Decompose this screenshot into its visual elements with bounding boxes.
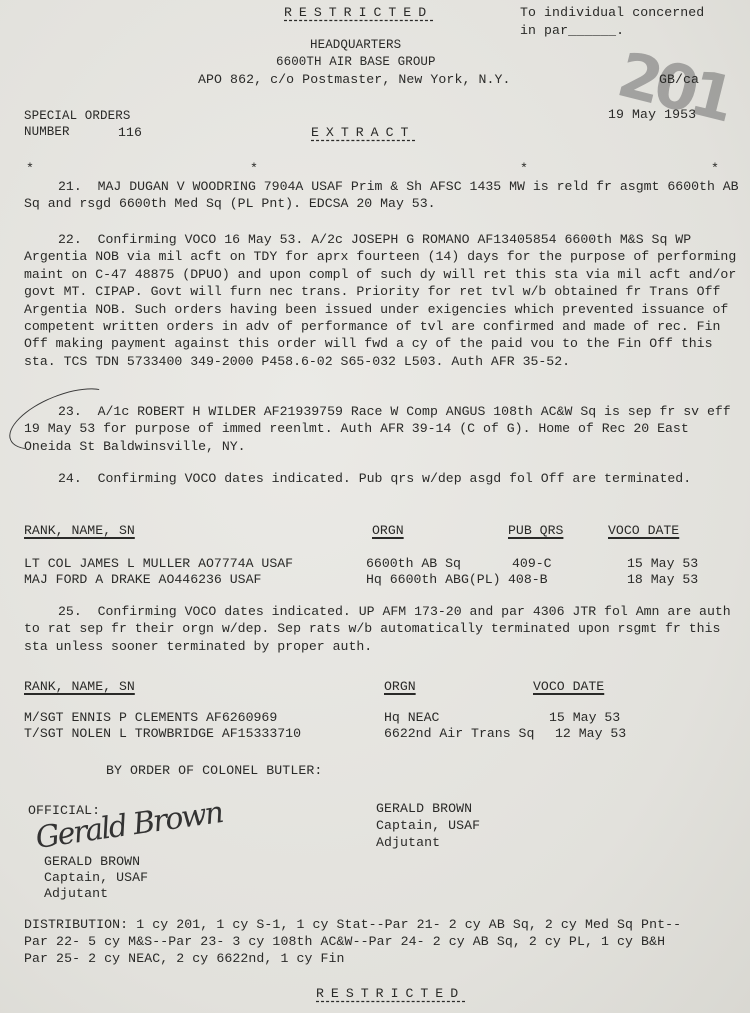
number-label: NUMBER [24,124,70,141]
distribution-line2: Par 22- 5 cy M&S--Par 23- 3 cy 108th AC&… [24,933,665,950]
paragraph-number: 22. [58,232,82,247]
order-date: 19 May 1953 [608,106,696,123]
by-order-line: BY ORDER OF COLONEL BUTLER: [106,762,322,779]
distribution-line1: DISTRIBUTION: 1 cy 201, 1 cy S-1, 1 cy S… [24,916,681,933]
table2-header-orgn: ORGN [384,679,416,694]
paragraph-23: 23. A/1c ROBERT H WILDER AF21939759 Race… [24,403,739,455]
right-signer-title: Adjutant [376,834,440,851]
special-orders-label: SPECIAL ORDERS [24,108,130,125]
cell-name: MAJ FORD A DRAKE AO446236 USAF [24,572,261,587]
paragraph-number: 21. [58,179,82,194]
paragraph-22: 22. Confirming VOCO 16 May 53. A/2c JOSE… [24,231,739,370]
paragraph-text: MAJ DUGAN V WOODRING 7904A USAF Prim & S… [24,179,739,211]
org-headquarters: HEADQUARTERS [310,37,401,54]
separator-star: * [26,160,34,177]
paragraph-text: Confirming VOCO dates indicated. Pub qrs… [98,471,692,486]
separator-star: * [520,160,528,177]
paragraph-21: 21. MAJ DUGAN V WOODRING 7904A USAF Prim… [24,178,739,213]
org-unit: 6600TH AIR BASE GROUP [276,54,436,71]
distribution-note-line2: in par______. [520,22,624,39]
cell-pub-qrs: 409-C [512,556,552,571]
org-address: APO 862, c/o Postmaster, New York, N.Y. [198,71,511,88]
cell-orgn: 6600th AB Sq [366,556,461,571]
cell-orgn: Hq NEAC [384,710,439,725]
paragraph-text: A/1c ROBERT H WILDER AF21939759 Race W C… [24,404,731,454]
initials: GB/ca [659,71,699,88]
cell-orgn: Hq 6600th ABG(PL) [366,572,501,587]
left-signer-rank: Captain, USAF [44,869,148,886]
separator-star: * [250,160,258,177]
document-page: RESTRICTED To individual concerned in pa… [0,0,750,1013]
paragraph-number: 24. [58,471,82,486]
cell-name: T/SGT NOLEN L TROWBRIDGE AF15333710 [24,726,301,741]
cell-voco-date: 15 May 53 [627,556,698,571]
cell-orgn: 6622nd Air Trans Sq [384,726,534,741]
paragraph-25: 25. Confirming VOCO dates indicated. UP … [24,603,739,655]
table2-header-name: RANK, NAME, SN [24,679,135,694]
classification-header: RESTRICTED [284,4,433,21]
left-signer-name: GERALD BROWN [44,853,140,870]
table1-header-pub-qrs: PUB QRS [508,523,563,538]
extract-title: EXTRACT [311,124,415,141]
right-signer-rank: Captain, USAF [376,817,480,834]
cell-voco-date: 12 May 53 [555,726,626,741]
cell-voco-date: 18 May 53 [627,572,698,587]
right-signer-name: GERALD BROWN [376,800,472,817]
separator-star: * [711,160,719,177]
distribution-note-line1: To individual concerned [520,4,704,21]
paragraph-text: Confirming VOCO dates indicated. UP AFM … [24,604,731,654]
paragraph-number: 23. [58,404,82,419]
classification-footer: RESTRICTED [316,985,465,1002]
paragraph-number: 25. [58,604,82,619]
order-number: 116 [118,124,142,141]
left-signer-title: Adjutant [44,885,108,902]
table1-header-voco-date: VOCO DATE [608,523,679,538]
cell-name: M/SGT ENNIS P CLEMENTS AF6260969 [24,710,277,725]
cell-name: LT COL JAMES L MULLER AO7774A USAF [24,556,293,571]
paragraph-24: 24. Confirming VOCO dates indicated. Pub… [24,470,739,487]
table1-header-name: RANK, NAME, SN [24,523,135,538]
cell-pub-qrs: 408-B [508,572,548,587]
distribution-line3: Par 25- 2 cy NEAC, 2 cy 6622nd, 1 cy Fin [24,950,345,967]
table2-header-voco-date: VOCO DATE [533,679,604,694]
table1-header-orgn: ORGN [372,523,404,538]
paragraph-text: Confirming VOCO 16 May 53. A/2c JOSEPH G… [24,232,736,369]
cell-voco-date: 15 May 53 [549,710,620,725]
